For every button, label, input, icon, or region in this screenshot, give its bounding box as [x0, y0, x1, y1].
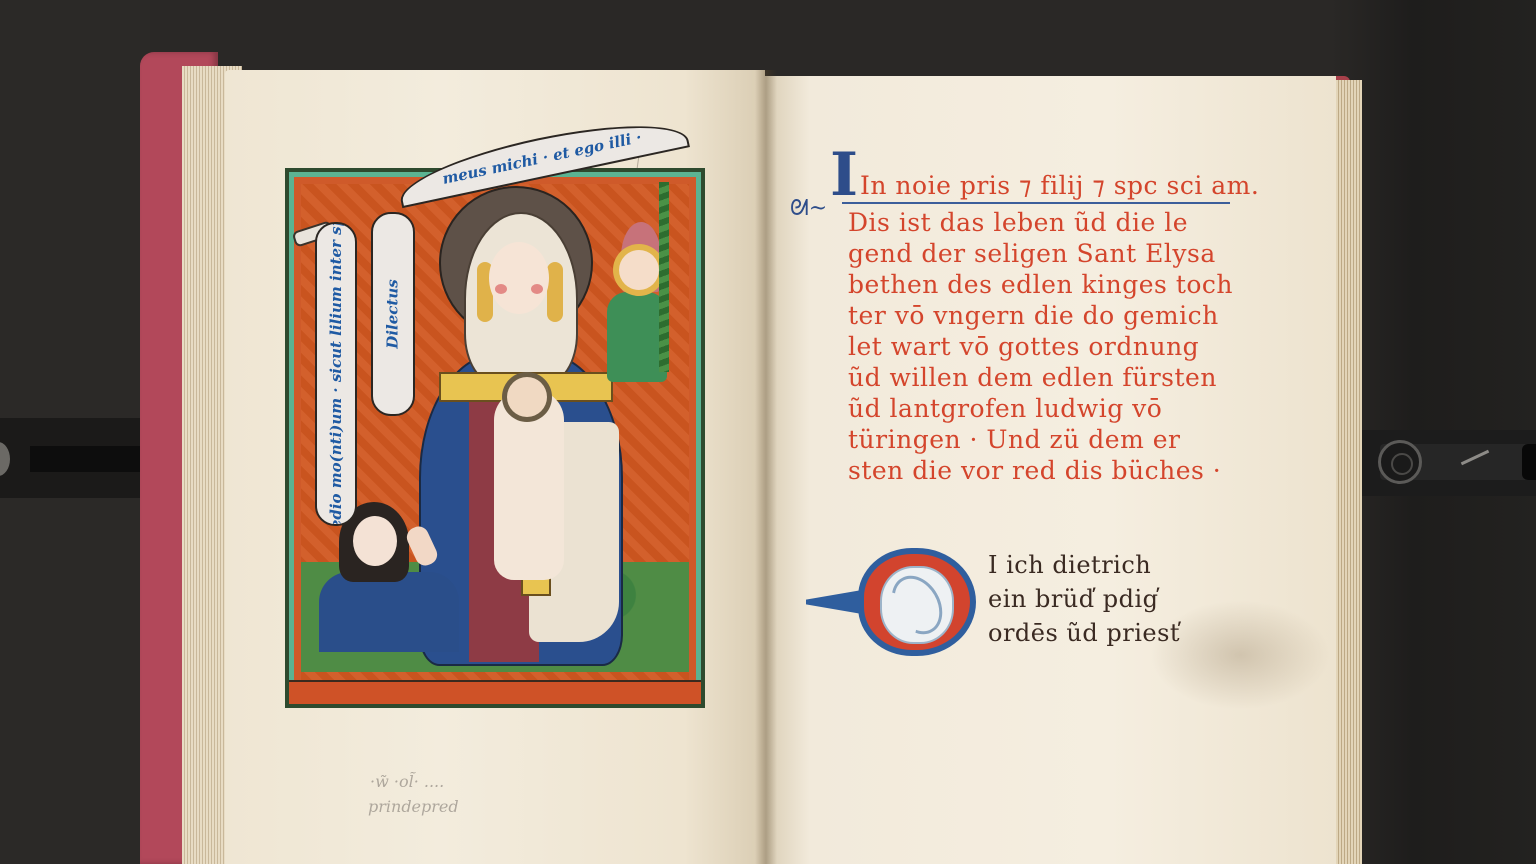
- decorated-initial-D: [858, 548, 976, 656]
- nun-robe: [319, 572, 459, 652]
- text-line: ũd lantgrofen ludwig vō: [848, 393, 1228, 424]
- heading-line: In noie pris ⁊ filij ⁊ spc sci am.: [860, 170, 1228, 201]
- mary-face: [489, 242, 549, 314]
- text-line: sten die vor red dis büches ·: [848, 455, 1228, 486]
- cheek: [531, 284, 543, 294]
- christ-head: [507, 377, 547, 417]
- text-line: türingen · Und zü dem er: [848, 424, 1228, 455]
- nun-face: [353, 516, 397, 566]
- clamp-slot: [30, 446, 140, 472]
- clamp-knob: [0, 442, 10, 476]
- text-line: bethen des edlen kinges toch: [848, 269, 1228, 300]
- book-clamp-left: [0, 418, 150, 498]
- banderole-text: in medio mo(nti)um · sicut lilium inter …: [327, 222, 345, 526]
- bleedthrough-line: ·w̃ ·ol̃· ....: [370, 772, 444, 791]
- bleedthrough-text: ·w̃ ·ol̃· .... prindepred: [370, 772, 459, 816]
- cheek: [495, 284, 507, 294]
- text-line: gend der seligen Sant Elysa: [848, 238, 1228, 269]
- christ-figure: [494, 390, 564, 580]
- book-gutter: [755, 70, 777, 864]
- bleedthrough-line: prindepred: [368, 797, 459, 816]
- text-line: I ich dietrich: [988, 548, 1180, 582]
- angel-head: [619, 250, 659, 290]
- palm-branch: [659, 182, 669, 372]
- mary-hair-right: [547, 262, 563, 322]
- banderole-middle: Dilectus: [371, 212, 415, 416]
- text-line: ein brüd̕ pdig̕: [988, 582, 1180, 616]
- nun-praying-hands: [404, 523, 441, 569]
- pen-flourish-icon: ᘛ~: [790, 196, 827, 221]
- text-line: let wart vō gottes ordnung: [848, 331, 1228, 362]
- black-text-block: I ich dietrich ein brüd̕ pdig̕ ordēs ũd …: [988, 548, 1180, 650]
- banderole-text: Dilectus: [384, 279, 402, 348]
- banderole-left: in medio mo(nti)um · sicut lilium inter …: [315, 222, 357, 526]
- text-line: ordēs ũd priest̕: [988, 616, 1180, 650]
- miniature-illustration: meus michi · et ego illi · in medio mo(n…: [285, 168, 705, 708]
- text-line: ter vō vngern die do gemich: [848, 300, 1228, 331]
- clamp-cap: [1522, 444, 1536, 480]
- angel-body: [607, 292, 667, 382]
- text-line: Dis ist das leben ũd die le: [848, 207, 1228, 238]
- miniature-bottom-band: [289, 680, 701, 704]
- clamp-dial-icon: [1378, 440, 1422, 484]
- book-clamp-right: [1360, 430, 1536, 496]
- text-line: ũd willen dem edlen fürsten: [848, 362, 1228, 393]
- rubric-text-block: In noie pris ⁊ filij ⁊ spc sci am. Dis i…: [848, 170, 1228, 486]
